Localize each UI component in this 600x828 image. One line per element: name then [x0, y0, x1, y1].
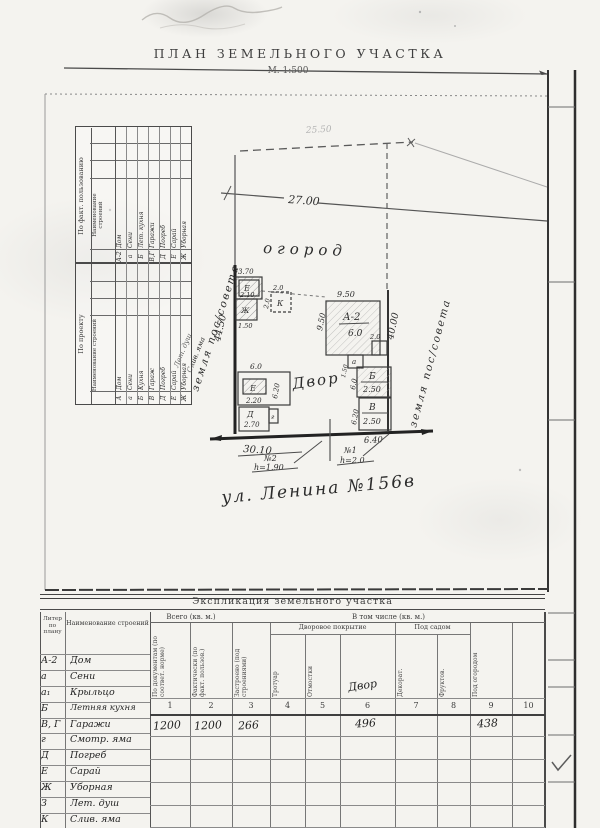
land-right-label: земля пос/совета — [407, 297, 453, 428]
row-name: Смотр. яма — [70, 734, 149, 745]
buildings — [236, 277, 391, 431]
gate2-label: №2 — [263, 454, 277, 463]
value-yard: 496 — [355, 716, 377, 730]
col-number: 6 — [340, 701, 395, 710]
row-name: Гаражи — [149, 180, 156, 248]
name-col-header-b: Наименование строений — [92, 180, 114, 250]
row-letter: А-2 — [116, 250, 123, 263]
col-liter-header: Литер по плану — [40, 616, 65, 636]
col7-header: Декорат. — [397, 635, 437, 697]
row-name: Уборная — [181, 318, 188, 390]
row-letter: Д — [41, 750, 64, 761]
row-letter: В, Г — [41, 719, 64, 730]
row-letter: Е — [171, 392, 178, 404]
row-name: Сени — [70, 671, 149, 682]
v-label: В — [368, 403, 376, 413]
name-col-header-a: Наименование строений — [92, 318, 114, 392]
col-number: 8 — [437, 701, 470, 710]
col-number: 10 — [512, 701, 545, 710]
col1-header: По документам (по соответ. норме) — [152, 635, 190, 697]
row-name: Уборная — [70, 782, 149, 793]
explication-table: Экспликация земельного участка — [40, 594, 545, 828]
row-letter: А-2 — [41, 655, 64, 666]
row-name: Погреб — [160, 180, 167, 248]
group-total-header: Всего (кв. м.) — [150, 613, 232, 621]
row-name: Лет. кухня — [138, 180, 145, 248]
a2-area: 6.0 — [348, 329, 363, 339]
yard-label: Двор — [290, 369, 341, 394]
row-letter: Б — [41, 703, 64, 714]
row-letter: В — [149, 392, 156, 404]
explication-title: Экспликация земельного участка — [40, 596, 545, 610]
col-number: 4 — [270, 701, 305, 710]
col-number: 3 — [232, 701, 270, 710]
group-garden-header: Под садом — [395, 624, 470, 631]
checkmark — [552, 755, 571, 770]
section-a-header: По проекту — [76, 263, 92, 404]
col4-header: Тротуар — [272, 635, 305, 697]
e2-side-dim: 6.20 — [271, 382, 282, 399]
section-b-header: По факт. пользованию — [76, 128, 92, 264]
row-letter: К — [41, 814, 64, 825]
row-name: Погреб — [70, 750, 149, 761]
zh-label: Ж — [240, 306, 250, 315]
row-letter: Д — [160, 250, 167, 263]
row-name: Дом — [116, 318, 123, 390]
row-name: Гараж — [149, 318, 156, 390]
group-yard-header: Дворовое покрытие — [270, 624, 395, 631]
v-dim: 2.50 — [362, 417, 381, 426]
row-letter: З — [41, 798, 64, 809]
row-name: Гаражи — [70, 719, 149, 730]
top-dim-label: 27.00 — [287, 193, 320, 208]
col-number: 2 — [190, 701, 232, 710]
a2-top-dim: 9.50 — [337, 290, 355, 299]
row-name: Дом — [116, 180, 123, 248]
rotated-buildings-table: По проекту По факт. пользованию Наименов… — [75, 128, 190, 405]
k-left-dim: 2.0 — [262, 298, 272, 311]
street-label: ул. Ленина №156в — [220, 471, 417, 508]
row-name: Крыльцо — [70, 687, 149, 698]
scale-label: М. 1:500 — [268, 66, 309, 76]
row-name: Сени — [127, 318, 134, 390]
e2-top-dim: 6.0 — [250, 362, 262, 371]
col-name-header: Наименование строений — [66, 620, 149, 627]
row-letter: Ж — [181, 392, 188, 404]
row-letter: а₁ — [41, 687, 64, 698]
col3-header: Застроено (под строениями) — [234, 635, 270, 697]
row-name: Летняя кухня — [70, 703, 149, 713]
value-built: 266 — [238, 718, 260, 732]
garden-label: огород — [263, 239, 347, 260]
row-letter: В,Г — [149, 250, 156, 263]
g-label: г — [271, 413, 275, 421]
col-number: 7 — [395, 701, 437, 710]
col-number: 5 — [305, 701, 340, 710]
row-letter: Ж — [181, 250, 188, 263]
yard-note: Двор — [347, 677, 378, 694]
a-label: а — [352, 358, 356, 366]
row-name: Сарай — [171, 180, 178, 248]
a-dim: 1.50 — [340, 364, 350, 379]
row-name: Слив. яма — [70, 814, 149, 825]
e2-inner-dim: 2.20 — [245, 397, 262, 405]
row-name: Дом — [70, 655, 149, 666]
d-label: Д — [246, 410, 254, 419]
row-letter: а — [127, 392, 134, 404]
col-number: 9 — [470, 701, 512, 710]
b-label: Б — [368, 372, 376, 382]
row-letter: Ж — [41, 782, 64, 793]
value-garden: 438 — [477, 716, 499, 730]
row-name: Лет. душ — [70, 798, 149, 809]
value-docs: 1200 — [153, 718, 182, 732]
row-letter: а — [41, 671, 64, 682]
row-letter: Е — [171, 250, 178, 263]
e1-inner-dim: 2.10 — [239, 291, 254, 299]
value-actual: 1200 — [194, 718, 223, 732]
col9-header: Под огородом — [472, 635, 512, 697]
zh-dim: 1.50 — [238, 322, 252, 330]
group-incl-header: В том числе (кв. м.) — [232, 613, 545, 621]
row-letter: а — [127, 250, 134, 263]
scanned-land-plan-page: ПЛАН ЗЕМЕЛЬНОГО УЧАСТКА М. 1:500 — [0, 0, 600, 828]
page-title: ПЛАН ЗЕМЕЛЬНОГО УЧАСТКА — [154, 46, 447, 61]
row-letter: Е — [41, 766, 64, 777]
faint-top-dim: 25.50 — [305, 125, 333, 136]
col8-header: Фруктов. — [439, 635, 470, 697]
row-name: Погреб — [160, 318, 167, 390]
b-dim: 2.50 — [362, 385, 381, 394]
k-top-dim: 2.0 — [272, 284, 283, 292]
row-letter: г — [41, 734, 64, 745]
k-label: К — [276, 299, 284, 308]
d-dim: 2.70 — [243, 421, 260, 429]
row-name: Кухня — [138, 318, 145, 390]
col-number: 1 — [150, 701, 190, 710]
e2-label: Е — [249, 384, 256, 393]
e1-top-dim: 3.70 — [238, 268, 254, 276]
row-letter: Б — [138, 250, 145, 263]
row-letter: Д — [160, 392, 167, 404]
row-letter: Б — [138, 392, 145, 404]
a2-right-dim: 2.0 — [369, 333, 380, 341]
plan-labels: 25.50 27.00 огород Двор земля пос/совета… — [172, 125, 453, 508]
row-name: Сени — [127, 180, 134, 248]
a2-label: А-2 — [342, 312, 360, 323]
row-letter: А — [116, 392, 123, 404]
row-name: Сарай — [70, 766, 149, 777]
col2-header: Фактически (по факт. пользов.) — [192, 635, 232, 697]
row-name: Уборная — [181, 180, 188, 248]
gate1-label: №1 — [343, 446, 357, 455]
margin-ticks — [548, 107, 575, 782]
col5-header: Отмостки — [307, 635, 340, 697]
row-name: Сарай — [171, 318, 178, 390]
